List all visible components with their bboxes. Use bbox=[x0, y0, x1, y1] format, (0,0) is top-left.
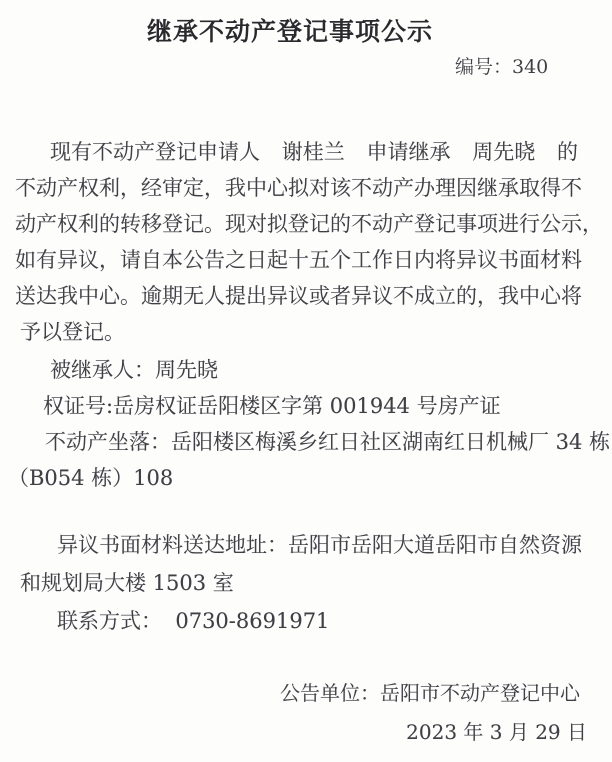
scanned-notice-document: 继承不动产登记事项公示 编号：340 现有不动产登记申请人 谢桂兰 申请继承 周… bbox=[0, 0, 612, 762]
notice-date: 2023 年 3 月 29 日 bbox=[0, 713, 612, 752]
notice-footer: 公告单位：岳阳市不动产登记中心 2023 年 3 月 29 日 bbox=[0, 674, 612, 752]
property-location-line: 不动产坐落：岳阳楼区梅溪乡红日社区湖南红日机械厂 34 栋 bbox=[0, 424, 612, 460]
body-line-segment: 现有不动产登记申请人 bbox=[50, 134, 260, 170]
applicant-name: 谢桂兰 bbox=[282, 134, 345, 170]
objection-address-line-2: 和规划局大楼 1503 室 bbox=[0, 564, 612, 602]
decedent-line: 被继承人：周先晓 bbox=[0, 352, 612, 388]
notice-title: 继承不动产登记事项公示 bbox=[0, 12, 596, 48]
certificate-number-line: 权证号:岳房权证岳阳楼区字第 001944 号房产证 bbox=[0, 388, 612, 424]
notice-paragraph: 现有不动产登记申请人 谢桂兰 申请继承 周先晓 的 不动产权利，经审定，我中心拟… bbox=[0, 134, 612, 350]
body-line: 如有异议，请自本公告之日起十五个工作日内将异议书面材料 bbox=[0, 242, 612, 278]
body-line: 动产权利的转移登记。现对拟登记的不动产登记事项进行公示， bbox=[0, 206, 612, 242]
contact-phone-line: 联系方式： 0730-8691971 bbox=[0, 602, 612, 640]
body-line: 不动产权利，经审定，我中心拟对该不动产办理因继承取得不 bbox=[0, 170, 612, 206]
property-details: 被继承人：周先晓 权证号:岳房权证岳阳楼区字第 001944 号房产证 不动产坐… bbox=[0, 352, 612, 496]
property-location-line-2: （B054 栋）108 bbox=[0, 460, 612, 496]
body-line-applicant: 现有不动产登记申请人 谢桂兰 申请继承 周先晓 的 bbox=[50, 134, 578, 170]
objection-contact-block: 异议书面材料送达地址：岳阳市岳阳大道岳阳市自然资源 和规划局大楼 1503 室 … bbox=[0, 526, 612, 640]
body-line-segment: 申请继承 bbox=[367, 134, 451, 170]
doc-number: 编号：340 bbox=[455, 52, 548, 79]
body-line: 予以登记。 bbox=[0, 314, 612, 350]
issuing-authority: 公告单位：岳阳市不动产登记中心 bbox=[0, 674, 612, 713]
body-line: 送达我中心。逾期无人提出异议或者异议不成立的，我中心将 bbox=[0, 278, 612, 314]
body-line-segment: 的 bbox=[557, 134, 578, 170]
decedent-name-inline: 周先晓 bbox=[472, 134, 535, 170]
objection-address-line: 异议书面材料送达地址：岳阳市岳阳大道岳阳市自然资源 bbox=[0, 526, 612, 564]
